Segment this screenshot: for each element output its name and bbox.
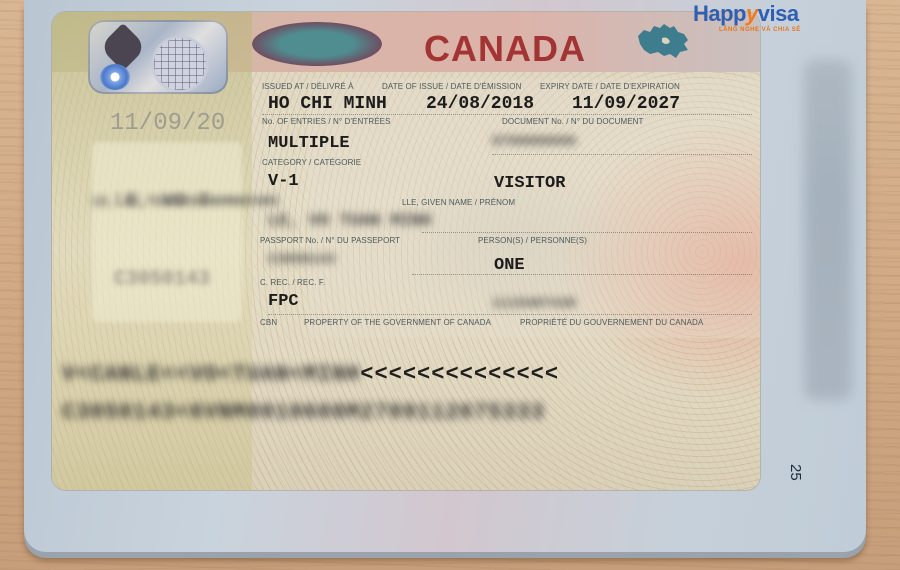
hologram-maple-icon: [100, 64, 130, 90]
value-persons: ONE: [494, 256, 525, 275]
label-property-fr: PROPRIÉTÉ DU GOUVERNEMENT DU CANADA: [520, 318, 703, 327]
value-c-rec: FPC: [268, 292, 299, 311]
value-expiry-date: 11/09/2027: [572, 94, 680, 114]
label-entries: No. OF ENTRIES / N° D'ENTRÉES: [262, 117, 391, 126]
label-expiry-date: EXPIRY DATE / DATE D'EXPIRATION: [540, 82, 680, 91]
mrz-line-1-redacted: V<CANLE<<VO<TUAN<MINH: [62, 362, 360, 387]
redacted-margin-stamp: [804, 60, 852, 400]
rule: [492, 154, 752, 155]
logo-text-prefix: Happ: [693, 1, 746, 26]
mrz-line-1: V<CANLE<<VO<TUAN<MINH<<<<<<<<<<<<<<: [62, 362, 559, 387]
logo-text-suffix: visa: [758, 1, 799, 26]
label-issued-at: ISSUED AT / DÉLIVRÉ À: [262, 82, 354, 91]
mrz-line-1-fillers: <<<<<<<<<<<<<<: [360, 362, 559, 387]
value-issued-at: HO CHI MINH: [268, 94, 387, 114]
hologram-seal: [88, 20, 228, 94]
page-number: 25: [787, 464, 804, 481]
label-surname-given: LLE, GIVEN NAME / PRÉNOM: [402, 198, 515, 207]
label-date-of-issue: DATE OF ISSUE / DATE D'ÉMISSION: [382, 82, 521, 91]
logo-text-y: y: [746, 1, 758, 26]
mrz-line-2-redacted: C3050143<6VNM0010608M2709112675333: [62, 400, 545, 425]
label-persons: PERSON(S) / PERSONNE(S): [478, 236, 587, 245]
visa-counterfoil: CANADA 11/09/20 LE, VO T C3050143 ISSUED…: [52, 12, 760, 490]
value-surname-redacted: LE, VO TUANMINHNOMDEFAMI: [92, 194, 279, 209]
rule: [412, 274, 752, 275]
label-cbn: CBN: [260, 318, 277, 327]
rule: [262, 114, 752, 115]
ghost-passport-number: C3050143: [114, 268, 210, 291]
value-full-name-redacted: LE, VO TUAN MINH: [268, 212, 431, 231]
canada-map-icon: [634, 22, 692, 62]
ghost-photo-area: [92, 142, 242, 322]
mrz-line-2: C3050143<6VNM0010608M2709112675333: [62, 400, 545, 425]
value-entries: MULTIPLE: [268, 134, 350, 153]
value-category-type: VISITOR: [494, 174, 565, 193]
country-title: CANADA: [424, 28, 586, 70]
label-c-rec: C. REC. / REC. F.: [260, 278, 325, 287]
logo-tagline: LẮNG NGHE VÀ CHIA SẺ: [719, 26, 813, 34]
value-category: V-1: [268, 172, 299, 191]
value-document-no-redacted: 0700000000: [492, 134, 576, 150]
value-date-of-issue: 24/08/2018: [426, 94, 534, 114]
value-passport-no-redacted: C3050143: [268, 252, 335, 268]
value-cbn-redacted: 1115407436: [492, 296, 576, 312]
logo-wordmark: Happyvisa: [693, 2, 813, 26]
happyvisa-watermark-logo: Happyvisa LẮNG NGHE VÀ CHIA SẺ: [693, 2, 813, 36]
globe-icon: [154, 38, 206, 90]
maple-leaf-icon: [99, 23, 147, 71]
label-passport-no: PASSPORT No. / N° DU PASSEPORT: [260, 236, 400, 245]
rule: [422, 232, 752, 233]
rule: [268, 314, 752, 315]
label-document-no: DOCUMENT No. / N° DU DOCUMENT: [502, 117, 644, 126]
guilloche-ornament: [252, 22, 382, 66]
label-category: CATEGORY / CATÉGORIE: [262, 158, 361, 167]
label-property-en: PROPERTY OF THE GOVERNMENT OF CANADA: [304, 318, 491, 327]
faded-expiry-ghost: 11/09/20: [110, 110, 225, 137]
